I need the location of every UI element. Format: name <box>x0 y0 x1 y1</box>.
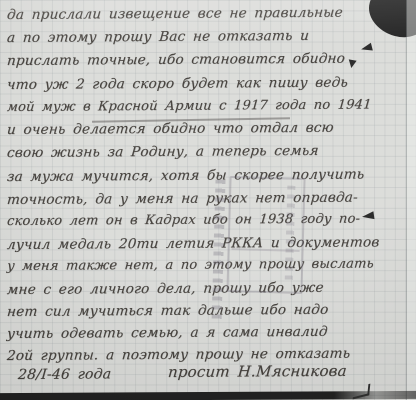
handwritten-line: точность, да у меня на руках нет оправда… <box>6 190 358 208</box>
handwritten-line: учить одевать семью, а я сама инвалид <box>6 324 328 342</box>
handwritten-line: нет сил мучиться так дальше ибо надо <box>6 302 329 320</box>
letter-signature: просит Н.Мясникова <box>167 362 347 381</box>
handwritten-line: да прислали извещение все не правильные <box>6 5 343 23</box>
paper-edge-line <box>406 0 407 400</box>
handwritten-line: прислать точные, ибо становится обидно <box>6 51 345 69</box>
handwritten-line: что уж 2 года скоро будет как пишу ведь <box>6 75 348 93</box>
handwritten-line: лучил медаль 20ти летия РККА и документо… <box>6 234 380 253</box>
ink-mark <box>347 59 356 68</box>
handwritten-line: а по этому прошу Вас не отказать и <box>6 28 309 46</box>
letter-page: да прислали извещение все не правильные … <box>0 0 416 400</box>
handwritten-line: у меня также нет, а по этому прошу высла… <box>6 256 374 274</box>
paper-right-margin <box>407 0 416 400</box>
handwritten-line: мой муж в Красной Армии с 1917 года по 1… <box>6 97 372 115</box>
handwritten-line: за мужа мучится, хотя бы скорее получить <box>6 167 365 185</box>
ink-mark <box>360 43 373 53</box>
handwritten-line: сколько лет он в Кадрах ибо он 1938 году… <box>6 212 360 229</box>
handwritten-line: свою жизнь за Родину, а теперь семья <box>6 143 319 161</box>
letter-date: 28/I-46 года <box>17 366 112 383</box>
handwritten-line: и очень делается обидно что отдал всю <box>6 120 334 138</box>
ink-mark <box>362 211 375 221</box>
handwritten-line: мне с его личного дела, прошу ибо уже <box>6 280 324 298</box>
